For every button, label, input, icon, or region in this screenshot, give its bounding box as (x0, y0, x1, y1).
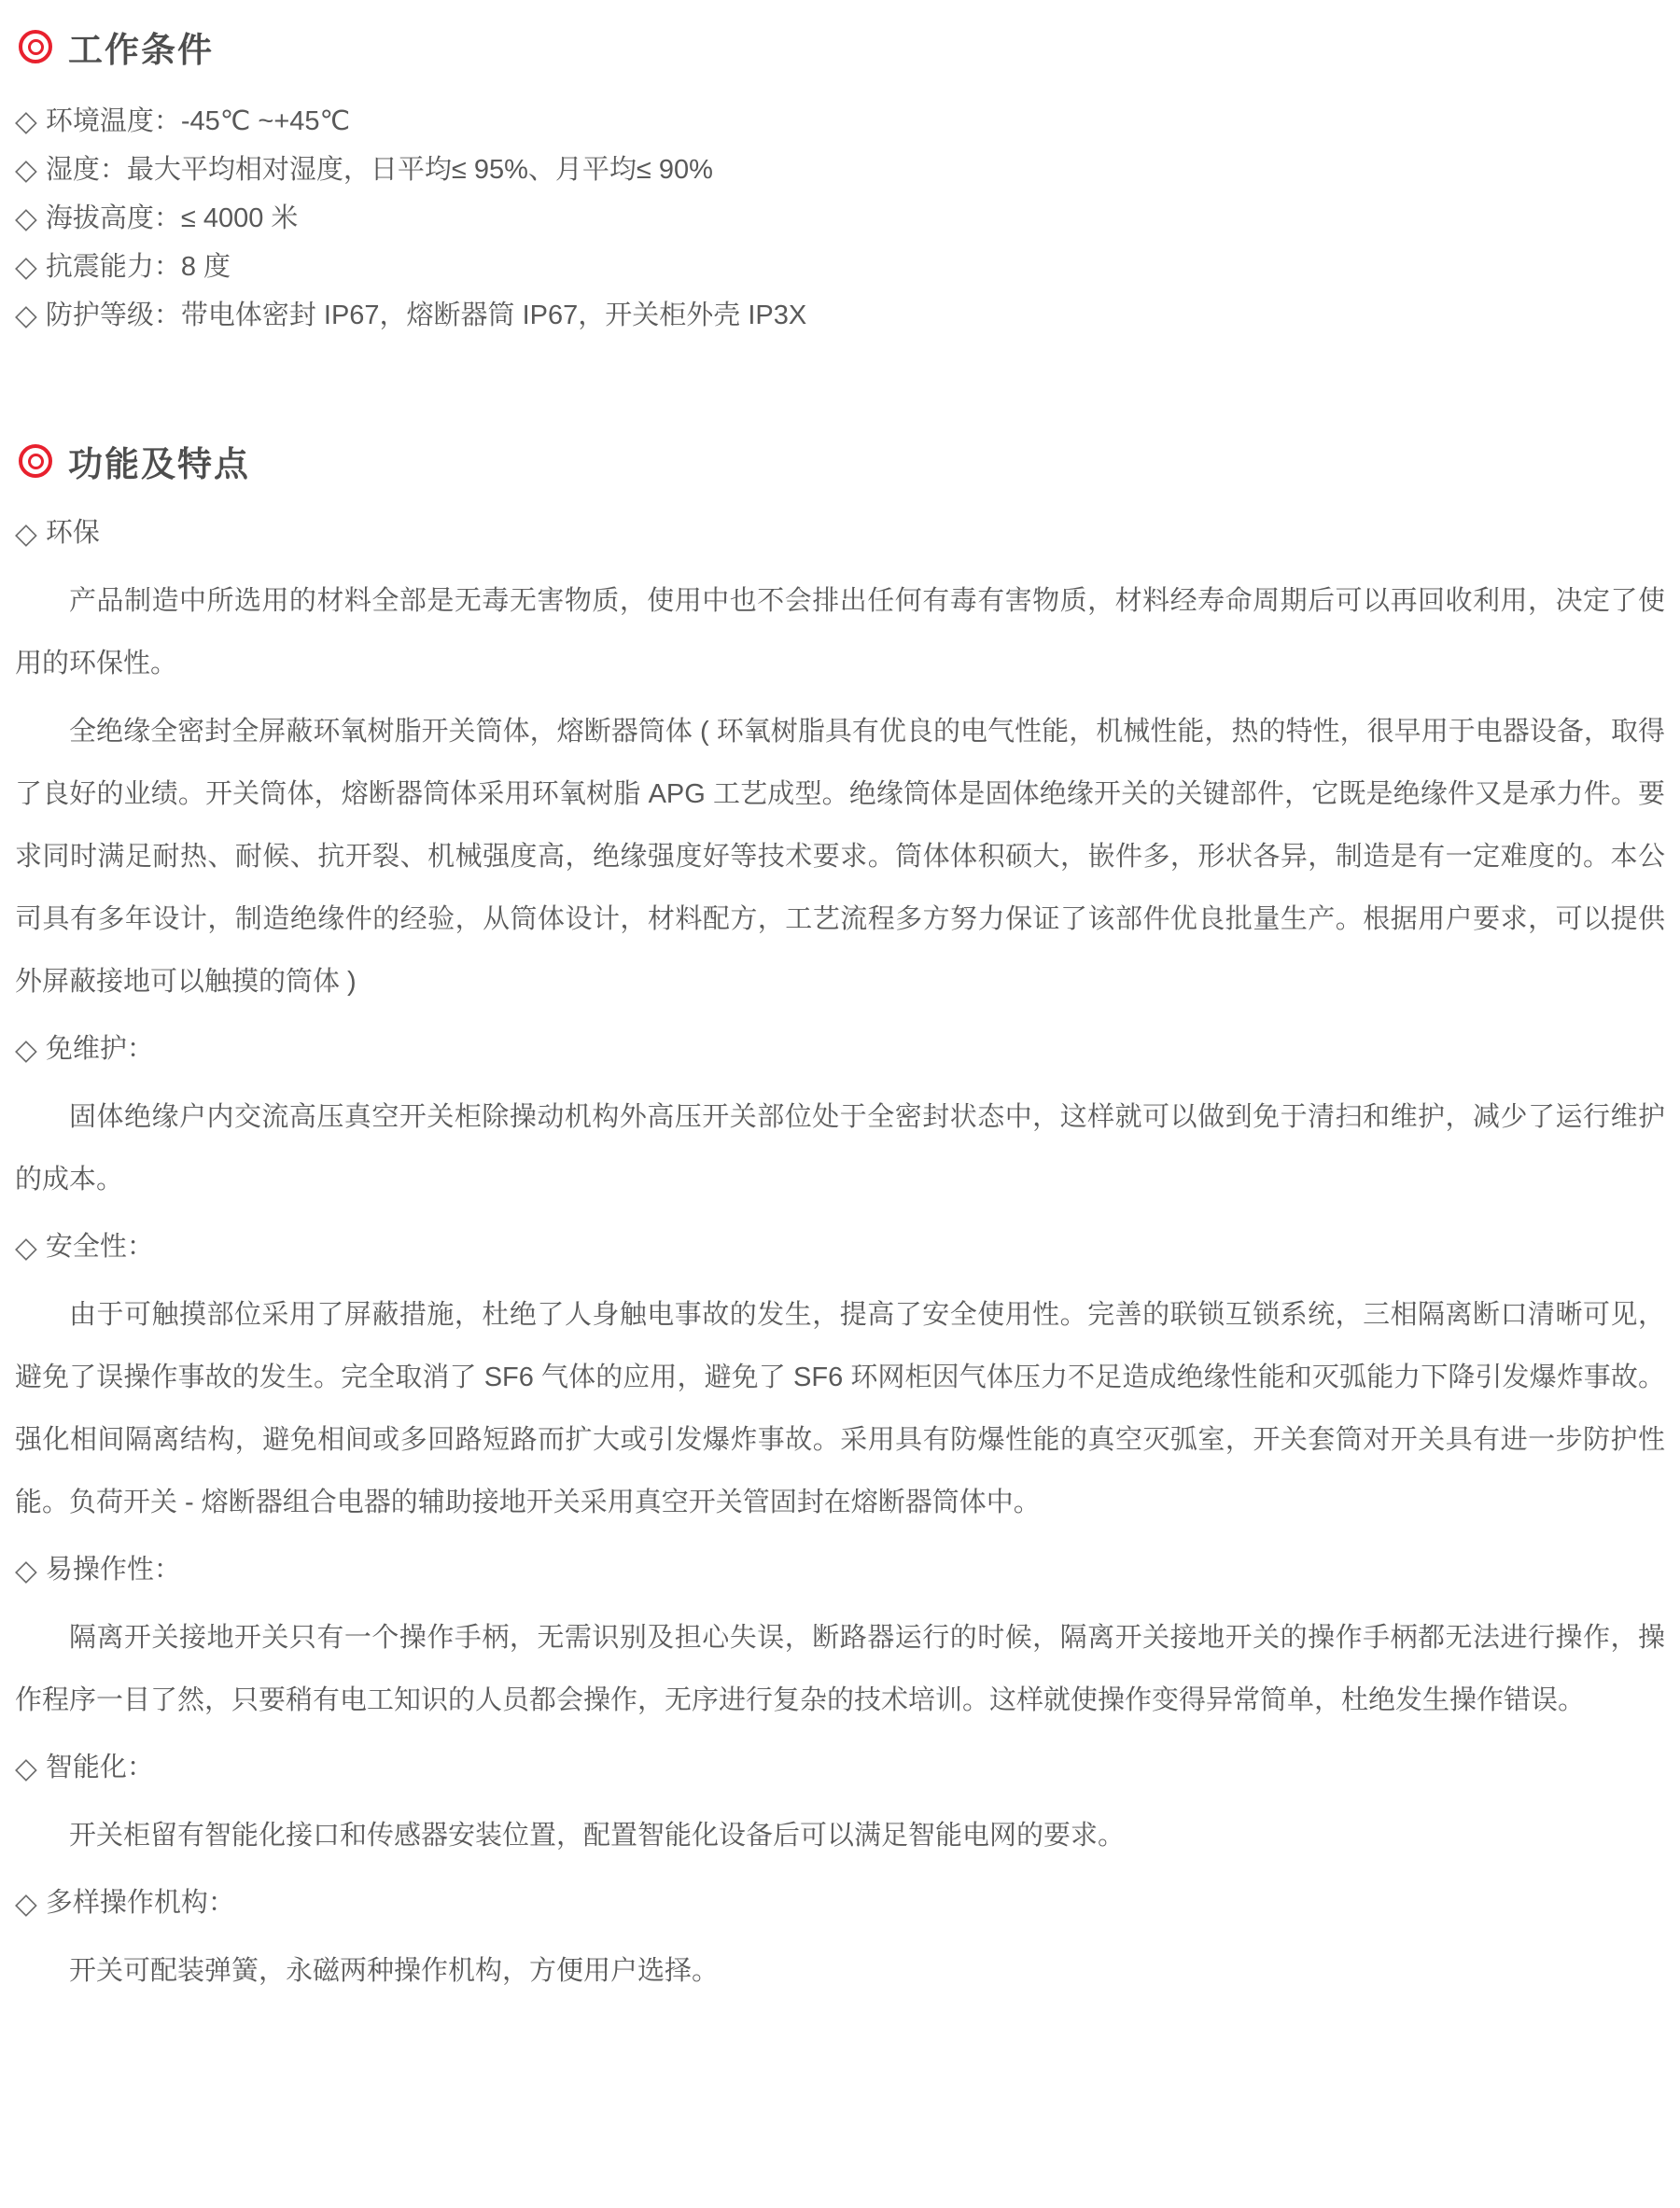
diamond-bullet-icon: ◇ (15, 243, 37, 291)
feature-block-operating-mechanisms: ◇ 多样操作机构： 开关可配装弹簧，永磁两种操作机构，方便用户选择。 (15, 1872, 1665, 2003)
diamond-bullet-icon: ◇ (15, 1216, 37, 1279)
bullseye-icon (19, 30, 52, 63)
diamond-bullet-icon: ◇ (15, 194, 37, 243)
feature-label: ◇ 易操作性： (15, 1539, 1665, 1601)
feature-label-text: 多样操作机构： (46, 1872, 235, 1935)
feature-label-text: 智能化： (46, 1737, 154, 1799)
feature-paragraph: 隔离开关接地开关只有一个操作手柄，无需识别及担心失误，断路器运行的时候，隔离开关… (15, 1607, 1665, 1732)
feature-label-text: 安全性： (46, 1216, 154, 1279)
condition-text: 海拔高度：≤ 4000 米 (46, 194, 299, 243)
condition-item: ◇ 海拔高度：≤ 4000 米 (15, 194, 1665, 243)
feature-block-environment: ◇ 环保 产品制造中所选用的材料全部是无毒无害物质，使用中也不会排出任何有毒有害… (15, 502, 1665, 1013)
condition-text: 防护等级：带电体密封 IP67，熔断器筒 IP67，开关柜外壳 IP3X (46, 291, 806, 340)
section-features: 功能及特点 ◇ 环保 产品制造中所选用的材料全部是无毒无害物质，使用中也不会排出… (15, 439, 1665, 2003)
section-title: 功能及特点 (68, 436, 250, 486)
diamond-bullet-icon: ◇ (15, 1539, 37, 1601)
diamond-bullet-icon: ◇ (15, 1018, 37, 1081)
bullseye-inner-ring (28, 454, 44, 469)
diamond-bullet-icon: ◇ (15, 146, 37, 194)
condition-item: ◇ 抗震能力：8 度 (15, 243, 1665, 291)
feature-label-text: 环保 (46, 502, 100, 565)
feature-paragraph: 产品制造中所选用的材料全部是无毒无害物质，使用中也不会排出任何有毒有害物质，材料… (15, 570, 1665, 695)
condition-item: ◇ 环境温度：-45℃ ~+45℃ (15, 97, 1665, 146)
section-title: 工作条件 (68, 21, 214, 72)
condition-item: ◇ 防护等级：带电体密封 IP67，熔断器筒 IP67，开关柜外壳 IP3X (15, 291, 1665, 340)
bullseye-inner-ring (28, 39, 44, 55)
condition-list: ◇ 环境温度：-45℃ ~+45℃ ◇ 湿度：最大平均相对湿度，日平均≤ 95%… (15, 97, 1665, 340)
feature-label: ◇ 免维护： (15, 1018, 1665, 1081)
feature-label: ◇ 安全性： (15, 1216, 1665, 1279)
feature-label-text: 免维护： (46, 1018, 154, 1081)
document-page: 工作条件 ◇ 环境温度：-45℃ ~+45℃ ◇ 湿度：最大平均相对湿度，日平均… (0, 0, 1680, 2059)
section-heading: 工作条件 (15, 24, 1665, 69)
feature-block-maintenance-free: ◇ 免维护： 固体绝缘户内交流高压真空开关柜除操动机构外高压开关部位处于全密封状… (15, 1018, 1665, 1211)
section-heading: 功能及特点 (15, 439, 1665, 483)
condition-item: ◇ 湿度：最大平均相对湿度，日平均≤ 95%、月平均≤ 90% (15, 146, 1665, 194)
diamond-bullet-icon: ◇ (15, 1737, 37, 1799)
diamond-bullet-icon: ◇ (15, 1872, 37, 1935)
section-working-conditions: 工作条件 ◇ 环境温度：-45℃ ~+45℃ ◇ 湿度：最大平均相对湿度，日平均… (15, 24, 1665, 340)
condition-text: 环境温度：-45℃ ~+45℃ (46, 97, 350, 146)
feature-paragraph: 固体绝缘户内交流高压真空开关柜除操动机构外高压开关部位处于全密封状态中，这样就可… (15, 1086, 1665, 1211)
feature-list: ◇ 环保 产品制造中所选用的材料全部是无毒无害物质，使用中也不会排出任何有毒有害… (15, 502, 1665, 2003)
feature-label: ◇ 智能化： (15, 1737, 1665, 1799)
feature-block-easy-operation: ◇ 易操作性： 隔离开关接地开关只有一个操作手柄，无需识别及担心失误，断路器运行… (15, 1539, 1665, 1732)
feature-paragraph: 由于可触摸部位采用了屏蔽措施，杜绝了人身触电事故的发生，提高了安全使用性。完善的… (15, 1284, 1665, 1534)
feature-paragraph: 开关可配装弹簧，永磁两种操作机构，方便用户选择。 (15, 1940, 1665, 2003)
feature-paragraph: 开关柜留有智能化接口和传感器安装位置，配置智能化设备后可以满足智能电网的要求。 (15, 1805, 1665, 1867)
feature-paragraph: 全绝缘全密封全屏蔽环氧树脂开关筒体，熔断器筒体 ( 环氧树脂具有优良的电气性能，… (15, 701, 1665, 1013)
condition-text: 湿度：最大平均相对湿度，日平均≤ 95%、月平均≤ 90% (46, 146, 713, 194)
bullseye-icon (19, 444, 52, 478)
diamond-bullet-icon: ◇ (15, 502, 37, 565)
feature-label: ◇ 环保 (15, 502, 1665, 565)
condition-text: 抗震能力：8 度 (46, 243, 231, 291)
feature-label: ◇ 多样操作机构： (15, 1872, 1665, 1935)
diamond-bullet-icon: ◇ (15, 291, 37, 340)
feature-block-intelligent: ◇ 智能化： 开关柜留有智能化接口和传感器安装位置，配置智能化设备后可以满足智能… (15, 1737, 1665, 1867)
feature-block-safety: ◇ 安全性： 由于可触摸部位采用了屏蔽措施，杜绝了人身触电事故的发生，提高了安全… (15, 1216, 1665, 1534)
feature-label-text: 易操作性： (46, 1539, 181, 1601)
diamond-bullet-icon: ◇ (15, 97, 37, 146)
